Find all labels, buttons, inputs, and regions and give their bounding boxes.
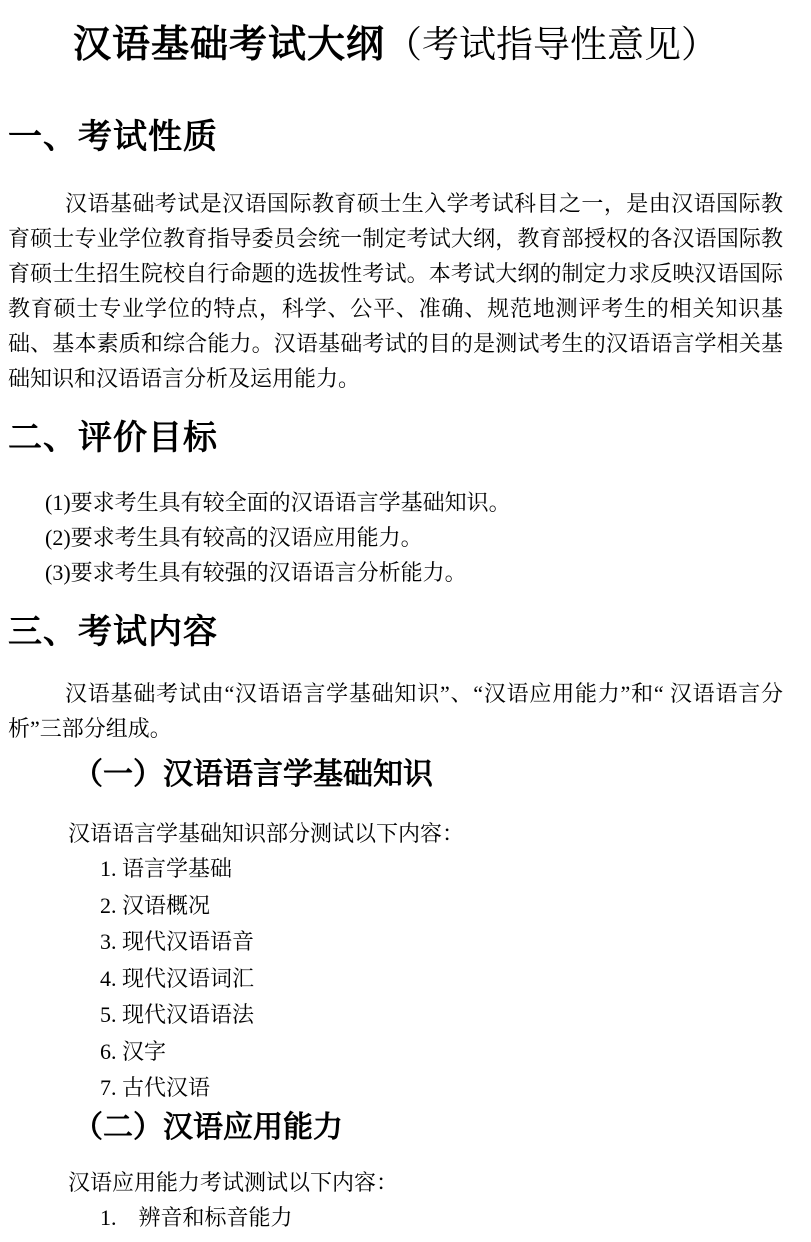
objective-item-1: (1)要求考生具有较全面的汉语语言学基础知识。 (45, 485, 783, 520)
objective-item-3: (3)要求考生具有较强的汉语语言分析能力。 (45, 555, 783, 590)
linguistic-knowledge-list: 1. 语言学基础 2. 汉语概况 3. 现代汉语语音 4. 现代汉语词汇 5. … (8, 851, 783, 1107)
list-item-modern-vocabulary: 4. 现代汉语词汇 (100, 961, 783, 998)
objectives-list: (1)要求考生具有较全面的汉语语言学基础知识。 (2)要求考生具有较高的汉语应用… (8, 485, 783, 590)
paragraph-exam-content: 汉语基础考试由“汉语语言学基础知识”、“汉语应用能力”和“ 汉语语言分析”三部分… (8, 676, 783, 746)
intro-application-ability: 汉语应用能力考试测试以下内容： (68, 1165, 783, 1200)
subsection-heading-application-ability: （二）汉语应用能力 (73, 1109, 783, 1147)
section-heading-evaluation-objectives: 二、评价目标 (8, 416, 783, 460)
list-item-sound-discrimination: 1. 辨音和标音能力 (100, 1200, 783, 1237)
document-page: 汉语基础考试大纲（考试指导性意见） 一、考试性质 汉语基础考试是汉语国际教育硕士… (0, 0, 811, 1242)
list-item-chinese-characters: 6. 汉字 (100, 1034, 783, 1071)
paragraph-exam-nature: 汉语基础考试是汉语国际教育硕士生入学考试科目之一，是由汉语国际教育硕士专业学位教… (8, 186, 783, 396)
list-item-chinese-overview: 2. 汉语概况 (100, 888, 783, 925)
list-item-modern-grammar: 5. 现代汉语语法 (100, 997, 783, 1034)
intro-linguistic-knowledge: 汉语语言学基础知识部分测试以下内容： (68, 816, 783, 851)
page-title: 汉语基础考试大纲（考试指导性意见） (8, 20, 783, 71)
page-title-paren: （考试指导性意见） (385, 25, 718, 66)
list-item-classical-chinese: 7. 古代汉语 (100, 1070, 783, 1107)
objective-item-2: (2)要求考生具有较高的汉语应用能力。 (45, 520, 783, 555)
application-ability-list: 1. 辨音和标音能力 (8, 1200, 783, 1237)
list-item-modern-phonetics: 3. 现代汉语语音 (100, 924, 783, 961)
list-item-linguistics-basics: 1. 语言学基础 (100, 851, 783, 888)
section-heading-exam-content: 三、考试内容 (8, 610, 783, 654)
page-title-main: 汉语基础考试大纲 (73, 24, 385, 66)
subsection-heading-linguistic-knowledge: （一）汉语语言学基础知识 (73, 756, 783, 794)
section-heading-exam-nature: 一、考试性质 (8, 115, 783, 159)
